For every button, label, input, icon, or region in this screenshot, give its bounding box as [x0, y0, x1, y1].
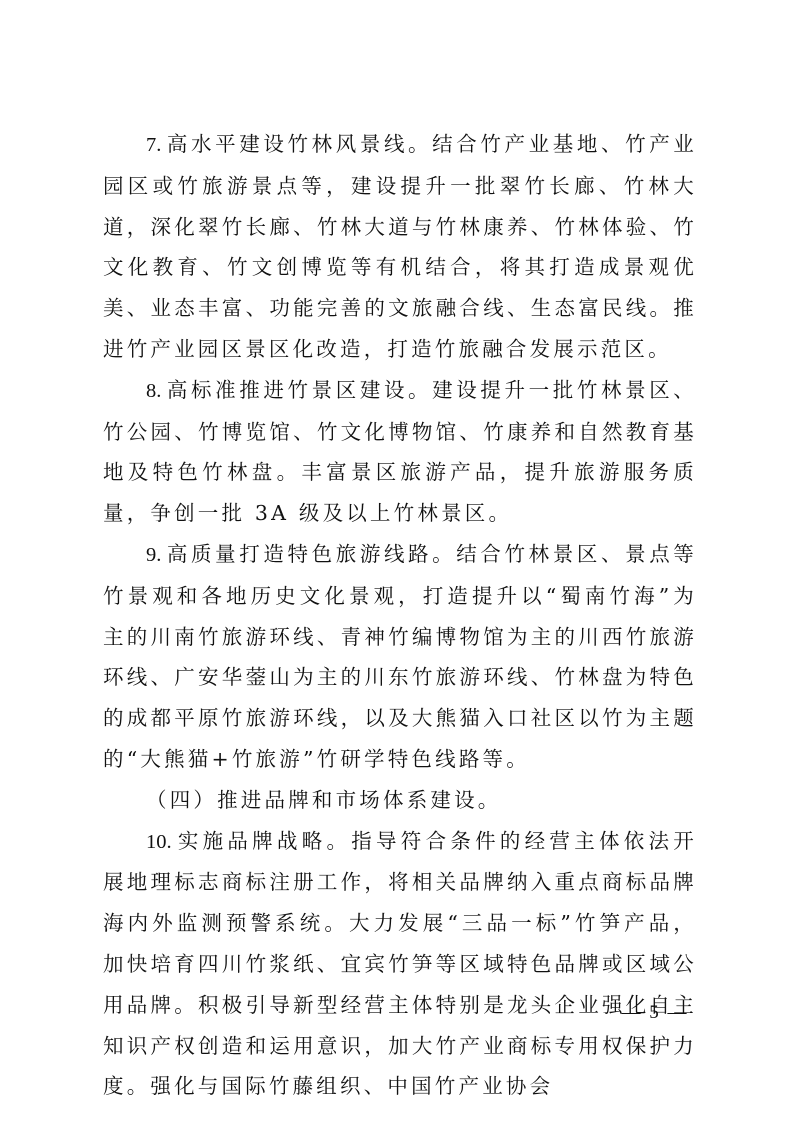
paragraph-text: 高质量打造特色旅游线路。结合竹林景区、景点等竹景观和各地历史文化景观，打造提升以…: [103, 542, 697, 771]
paragraph-text: 高水平建设竹林风景线。结合竹产业基地、竹产业园区或竹旅游景点等，建设提升一批翠竹…: [103, 132, 697, 361]
paragraph-text: 实施品牌战略。指导符合条件的经营主体依法开展地理标志商标注册工作，将相关品牌纳入…: [103, 829, 697, 1099]
item-number: 9.: [146, 544, 167, 566]
paragraph-7: 7. 高水平建设竹林风景线。结合竹产业基地、竹产业园区或竹旅游景点等，建设提升一…: [103, 124, 697, 370]
paragraph-9: 9. 高质量打造特色旅游线路。结合竹林景区、景点等竹景观和各地历史文化景观，打造…: [103, 534, 697, 780]
item-number: 10.: [146, 831, 178, 853]
paragraph-10: 10. 实施品牌战略。指导符合条件的经营主体依法开展地理标志商标注册工作，将相关…: [103, 821, 697, 1108]
item-number: 8.: [146, 380, 167, 402]
page-number: — 5 —: [615, 1002, 695, 1024]
paragraph-8: 8. 高标准推进竹景区建设。建设提升一批竹林景区、竹公园、竹博览馆、竹文化博物馆…: [103, 370, 697, 534]
item-number: 7.: [146, 134, 167, 156]
document-body: 7. 高水平建设竹林风景线。结合竹产业基地、竹产业园区或竹旅游景点等，建设提升一…: [103, 124, 697, 1107]
paragraph-text: 高标准推进竹景区建设。建设提升一批竹林景区、竹公园、竹博览馆、竹文化博物馆、竹康…: [103, 378, 697, 525]
section-heading: （四）推进品牌和市场体系建设。: [103, 780, 697, 821]
